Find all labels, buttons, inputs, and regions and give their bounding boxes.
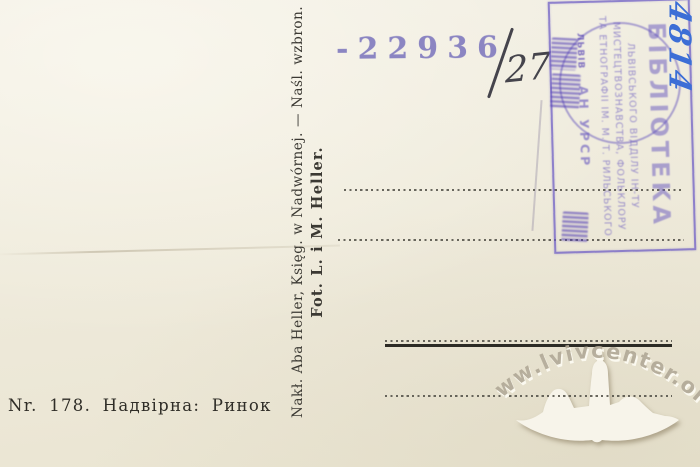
- postcard-caption: Nr. 178. Надвірна: Ринок: [8, 396, 272, 415]
- postcard-back-scan: Nakł. Aba Heller, Księg. w Nadwórnej. — …: [0, 0, 700, 467]
- ink-smudge: [550, 73, 581, 108]
- handwritten-fraction: 27: [505, 45, 551, 91]
- photographer-imprint: Fot. L. i M. Heller.: [309, 46, 326, 418]
- ink-smudge: [561, 211, 589, 242]
- paper-crease: [0, 244, 340, 255]
- publisher-imprint: Nakł. Aba Heller, Księg. w Nadwórnej. — …: [290, 46, 306, 418]
- accession-number-stamp: -22936: [336, 30, 507, 67]
- publisher-imprint-block: Nakł. Aba Heller, Księg. w Nadwórnej. — …: [290, 46, 336, 418]
- svg-text:www.lvivcenter.org: www.lvivcenter.org: [491, 310, 700, 409]
- ink-smudge: [550, 37, 578, 70]
- watermark-text-arc: www.lvivcenter.org www.lvivcenter.org: [491, 310, 700, 414]
- handwritten-blue-number: 4814: [640, 2, 697, 88]
- watermark-text: www.lvivcenter.org: [491, 310, 700, 409]
- faint-scratch-line: [531, 100, 542, 231]
